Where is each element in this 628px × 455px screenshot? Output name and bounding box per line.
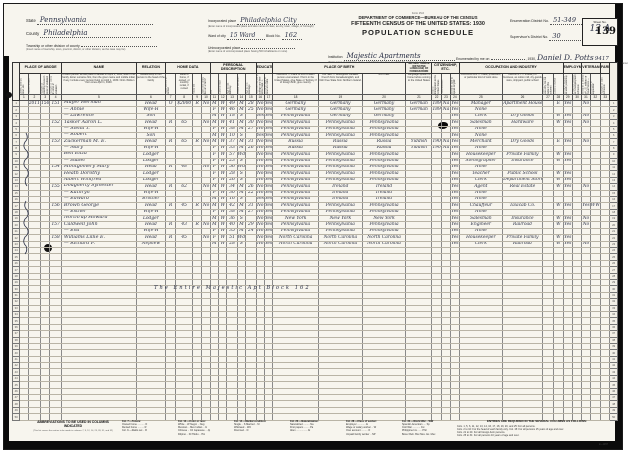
column-label-age-marriage: Age at first marriage bbox=[246, 74, 256, 95]
column-label-occupation: OCCUPATION — Trade, profession, or parti… bbox=[459, 74, 503, 95]
table-sublabel-row: Street, avenue, road, etc.House numberNu… bbox=[13, 74, 618, 95]
column-label-birthplace-father: FATHER — Distinguish Canada-French from … bbox=[319, 74, 363, 95]
institution-label: Institution bbox=[328, 55, 343, 59]
census-table-wrap: PLACE OF ABODENAMERELATIONHOME DATAPERSO… bbox=[12, 62, 618, 421]
header-center-block: Form 15-6 DEPARTMENT OF COMMERCE—BUREAU … bbox=[328, 12, 508, 37]
column-label-name: of each person whose place of abode on A… bbox=[61, 74, 136, 95]
column-label-class: Class of worker bbox=[554, 74, 563, 95]
group-header-11: VETERANS bbox=[582, 63, 601, 74]
census-table: PLACE OF ABODENAMERELATIONHOME DATAPERSO… bbox=[12, 62, 618, 421]
group-header-12: FARM bbox=[601, 63, 610, 74]
header-place-block: Incorporated place Philadelphia City (En… bbox=[208, 16, 326, 53]
column-label-english: Whether able to speak English bbox=[451, 74, 459, 95]
county-label: County bbox=[26, 31, 39, 36]
column-label-birthplace: PERSON — Place of birth of each person e… bbox=[273, 74, 319, 95]
column-label-veteran: Whether a veteran of U.S. military or na… bbox=[582, 74, 590, 95]
group-header-5: EDUCATION bbox=[256, 63, 273, 74]
entries-required-block: ENTRIES ARE REQUIRED IN THE SEVERAL COLU… bbox=[457, 420, 617, 437]
group-header-3: HOME DATA bbox=[165, 63, 210, 74]
column-label-house: House number bbox=[28, 74, 40, 95]
group-header-2: RELATION bbox=[136, 63, 165, 74]
table-group-header-row: PLACE OF ABODENAMERELATIONHOME DATAPERSO… bbox=[13, 63, 618, 74]
entries-required-lines: Cols. 1, 5, 6, 11, 12, 13, 14, 16, 17, 1… bbox=[457, 425, 617, 438]
department-line: DEPARTMENT OF COMMERCE—BUREAU OF THE CEN… bbox=[328, 15, 508, 20]
group-header-7: MOTHER TONGUE (OR NATIVE LANGUAGE) OF FO… bbox=[406, 63, 432, 74]
column-label-immigration: Year of immigration to the United States bbox=[432, 74, 441, 95]
ward-value: 15 Ward bbox=[227, 32, 265, 40]
ed-label: Enumeration District No. bbox=[510, 19, 549, 23]
ward-label: Ward of city bbox=[208, 34, 226, 38]
block-value: 162 bbox=[282, 31, 302, 40]
incorporated-note: (Enter name of incorporated place and al… bbox=[208, 25, 326, 28]
township-field: Township or other division of county (In… bbox=[26, 43, 206, 51]
state-label: State bbox=[26, 18, 36, 23]
column-label-birthplace-mother: MOTHER bbox=[362, 74, 406, 95]
township-value bbox=[81, 46, 157, 47]
column-label-read-write: Whether able to read and write bbox=[264, 74, 272, 95]
entries-required-title: ENTRIES ARE REQUIRED IN THE SEVERAL COLU… bbox=[457, 420, 617, 424]
incorporated-value: Philadelphia City bbox=[237, 16, 315, 25]
line-number-column-head-right bbox=[610, 63, 618, 101]
entries-line: Cols. 25 to 31: For all persons 10 years… bbox=[457, 434, 617, 437]
group-header-8: CITIZENSHIP, ETC. bbox=[432, 63, 459, 74]
column-label-code: Code (For office use only. Do not write … bbox=[542, 74, 553, 95]
column-label-farm: Does this family live on a farm? bbox=[202, 74, 210, 95]
unincorporated-note: (Enter name of unincorporated place havi… bbox=[208, 50, 326, 53]
state-value: Pennsylvania bbox=[37, 16, 153, 25]
county-field: County Philadelphia bbox=[26, 29, 206, 38]
sd-value: 30 bbox=[549, 32, 581, 41]
incorporated-field: Incorporated place Philadelphia City (En… bbox=[208, 16, 326, 28]
column-label-radio: Radio set bbox=[193, 74, 202, 95]
scanned-census-page: State Pennsylvania County Philadelphia T… bbox=[3, 3, 623, 450]
sd-label: Supervisor's District No. bbox=[510, 35, 548, 39]
print-code: 2—1457 bbox=[599, 443, 608, 446]
column-label-sex: Sex bbox=[210, 74, 218, 95]
group-header-1: NAME bbox=[61, 63, 136, 74]
abbreviations-title: ABBREVIATIONS TO BE USED IN COLUMNS INDI… bbox=[30, 421, 116, 432]
census-title: FIFTEENTH CENSUS OF THE UNITED STATES: 1… bbox=[328, 21, 508, 27]
column-label-relation: Relationship of this person to the head … bbox=[136, 74, 165, 95]
unincorporated-field: Unincorporated place (Enter name of unin… bbox=[208, 45, 326, 53]
street-name-handwriting bbox=[22, 132, 30, 187]
page-number: 139 bbox=[595, 26, 616, 37]
incorporated-label: Incorporated place bbox=[208, 19, 236, 23]
column-label-marital: Marital condition bbox=[237, 74, 245, 95]
street-name-handwriting bbox=[22, 200, 30, 255]
column-label-dwelling: Number of dwelling house in order of vis… bbox=[41, 74, 50, 95]
enumerated-prefix: Enumerated by me on bbox=[456, 57, 489, 61]
county-value: Philadelphia bbox=[40, 29, 151, 38]
group-header-6: PLACE OF BIRTH bbox=[273, 63, 406, 74]
column-label-age: Age at last birthday bbox=[227, 74, 237, 95]
enumerated-year: , 1930, bbox=[526, 57, 536, 61]
enumerator-signature: Daniel D. Potts bbox=[537, 53, 594, 62]
column-label-naturalization: Naturalization bbox=[441, 74, 450, 95]
group-header-9: OCCUPATION AND INDUSTRY bbox=[459, 63, 563, 74]
column-label-value: Value of home, if owned, or monthly rent… bbox=[176, 74, 193, 95]
column-label-tenure: Home owned or rented bbox=[165, 74, 175, 95]
enumerator-note: The Entire Majestic Apt Block 162 bbox=[154, 285, 414, 291]
line-number-column-head bbox=[13, 63, 20, 101]
column-label-mother-tongue: Language spoken in home before coming to… bbox=[406, 74, 432, 95]
column-label-family: Number of family in order of visitation bbox=[50, 74, 61, 95]
unincorporated-value bbox=[241, 48, 295, 49]
abbreviations-note: (This list covers the entries to be made… bbox=[30, 430, 116, 433]
ed-value: 51-349 bbox=[550, 16, 586, 25]
column-label-farm-schedule: Number of farm schedule bbox=[601, 74, 610, 95]
ward-field: Ward of city 15 Ward Block No. 162 bbox=[208, 31, 326, 40]
state-field: State Pennsylvania bbox=[26, 16, 206, 25]
block-label: Block No. bbox=[266, 34, 281, 38]
schedule-title: POPULATION SCHEDULE bbox=[328, 28, 508, 37]
column-label-war: What war or expedition bbox=[590, 74, 600, 95]
column-label-race: Color or race bbox=[219, 74, 227, 95]
column-label-unemployment: If not, line number on Unemployment sche… bbox=[572, 74, 581, 95]
abbrev-line: Filipino .. Fil Hindu .. Hin bbox=[178, 433, 252, 436]
institution-value: Majestic Apartments bbox=[344, 52, 455, 61]
group-header-10: EMPLOYMENT bbox=[563, 63, 582, 74]
group-header-4: PERSONAL DESCRIPTION bbox=[210, 63, 256, 74]
scan-edge-left bbox=[4, 56, 9, 441]
form-footer: ABBREVIATIONS TO BE USED IN COLUMNS INDI… bbox=[12, 418, 610, 446]
header-left-block: State Pennsylvania County Philadelphia T… bbox=[26, 16, 206, 51]
form-header: State Pennsylvania County Philadelphia T… bbox=[26, 10, 610, 62]
group-header-0: PLACE OF ABODE bbox=[20, 63, 62, 74]
column-label-industry: INDUSTRY — Industry or business, as cott… bbox=[503, 74, 543, 95]
township-note: (Insert name of township, town, precinct… bbox=[26, 48, 206, 51]
column-label-street: Street, avenue, road, etc. bbox=[20, 74, 28, 95]
